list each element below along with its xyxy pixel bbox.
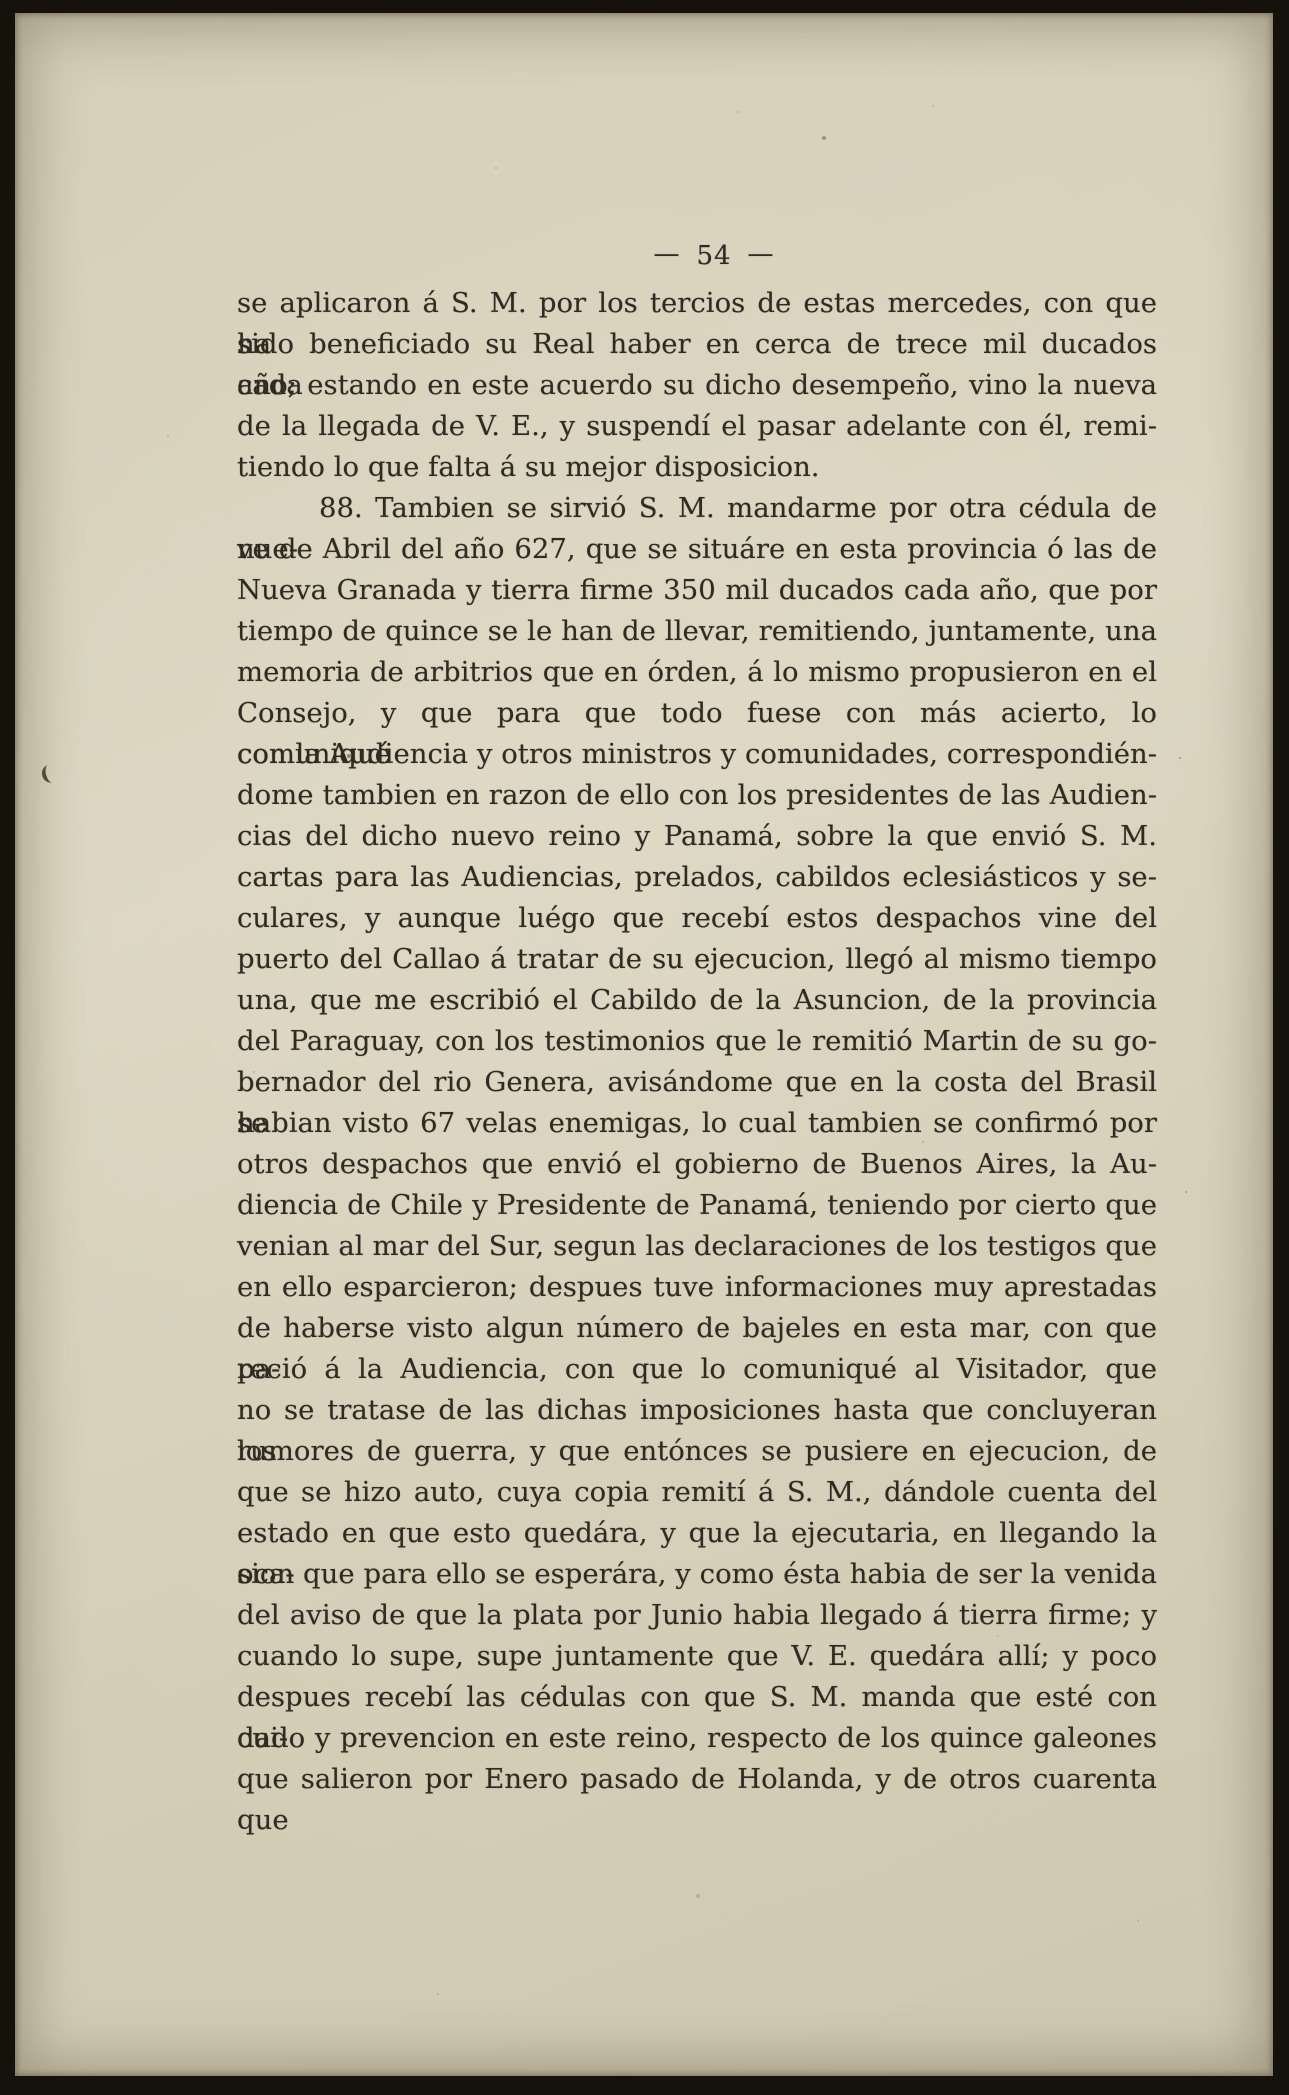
text-line: tiempo de quince se le han de llevar, re… [237, 611, 1157, 652]
text-line: sion que para ello se esperára, y como é… [237, 1554, 1157, 1595]
text-line: rumores de guerra, y que entónces se pus… [237, 1431, 1157, 1472]
text-line: bernador del rio Genera, avisándome que … [237, 1062, 1157, 1103]
text-line: habian visto 67 velas enemigas, lo cual … [237, 1103, 1157, 1144]
text-line: ve de Abril del año 627, que se situáre … [237, 529, 1157, 570]
text-line: Nueva Granada y tierra firme 350 mil duc… [237, 570, 1157, 611]
text-line: cuando lo supe, supe juntamente que V. E… [237, 1636, 1157, 1677]
text-line: Consejo, y que para que todo fuese con m… [237, 693, 1157, 734]
text-line: memoria de arbitrios que en órden, á lo … [237, 652, 1157, 693]
header-right-dash: — [748, 239, 775, 269]
text-line: sido beneficiado su Real haber en cerca … [237, 324, 1157, 365]
text-line: año; estando en este acuerdo su dicho de… [237, 365, 1157, 406]
text-line: puerto del Callao á tratar de su ejecuci… [237, 939, 1157, 980]
text-line: que se hizo auto, cuya copia remití á S.… [237, 1472, 1157, 1513]
text-line: se aplicaron á S. M. por los tercios de … [237, 283, 1157, 324]
text-line: diencia de Chile y Presidente de Panamá,… [237, 1185, 1157, 1226]
text-line: dome tambien en razon de ello con los pr… [237, 775, 1157, 816]
text-line: del aviso de que la plata por Junio habi… [237, 1595, 1157, 1636]
text-line: de haberse visto algun número de bajeles… [237, 1308, 1157, 1349]
paper: —54— se aplicaron á S. M. por los tercio… [15, 13, 1273, 2076]
text-line: 88. Tambien se sirvió S. M. mandarme por… [237, 488, 1157, 529]
text-line: cartas para las Audiencias, prelados, ca… [237, 857, 1157, 898]
header-left-dash: — [653, 239, 680, 269]
page-header: —54— [237, 241, 1157, 271]
text-line: una, que me escribió el Cabildo de la As… [237, 980, 1157, 1021]
paper-specks [15, 13, 21, 19]
text-line: dado y prevencion en este reino, respect… [237, 1718, 1157, 1759]
page-number: 54 [696, 241, 731, 271]
text-line: culares, y aunque luégo que recebí estos… [237, 898, 1157, 939]
text-line: venian al mar del Sur, segun las declara… [237, 1226, 1157, 1267]
margin-ink-mark [40, 764, 58, 785]
body-text: se aplicaron á S. M. por los tercios de … [237, 283, 1157, 1800]
text-line: del Paraguay, con los testimonios que le… [237, 1021, 1157, 1062]
text-line: tiendo lo que falta á su mejor disposici… [237, 447, 1157, 488]
text-line: despues recebí las cédulas con que S. M.… [237, 1677, 1157, 1718]
text-line: con la Audiencia y otros ministros y com… [237, 734, 1157, 775]
text-line: en ello esparcieron; despues tuve inform… [237, 1267, 1157, 1308]
text-line: estado en que esto quedára, y que la eje… [237, 1513, 1157, 1554]
text-line: que salieron por Enero pasado de Holanda… [237, 1759, 1157, 1800]
text-line: cias del dicho nuevo reino y Panamá, sob… [237, 816, 1157, 857]
text-line: no se tratase de las dichas imposiciones… [237, 1390, 1157, 1431]
text-line: reció á la Audiencia, con que lo comuniq… [237, 1349, 1157, 1390]
scanned-book-page: —54— se aplicaron á S. M. por los tercio… [0, 0, 1289, 2095]
text-line: de la llegada de V. E., y suspendí el pa… [237, 406, 1157, 447]
text-line: otros despachos que envió el gobierno de… [237, 1144, 1157, 1185]
